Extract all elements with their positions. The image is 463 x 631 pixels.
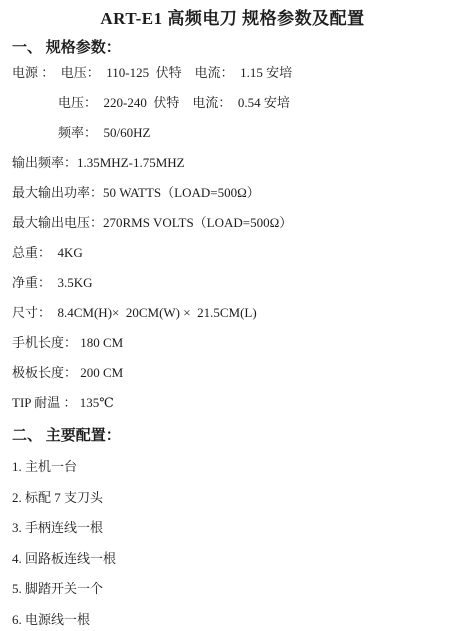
document-page: ART-E1 高频电刀 规格参数及配置 一、 规格参数： 电源 ： 电压： 11… xyxy=(0,0,463,631)
spec-line-power-voltage-110: 电源 ： 电压： 110-125 伏特 电流： 1.15 安培 xyxy=(12,58,453,88)
config-item-blade-tips: 2. 标配 7 支刀头 xyxy=(12,483,453,514)
config-item-return-plate-cable: 4. 回路板连线一根 xyxy=(12,544,453,575)
spec-line-tip-temperature: TIP 耐温 ： 135℃ xyxy=(12,388,453,418)
config-item-main-unit: 1. 主机一台 xyxy=(12,452,453,483)
spec-line-power-voltage-220: 电压： 220-240 伏特 电流： 0.54 安培 xyxy=(12,88,453,118)
spec-line-max-output-voltage: 最大输出电压：270RMS VOLTS（LOAD=500Ω） xyxy=(12,208,453,238)
config-item-foot-switch: 5. 脚踏开关一个 xyxy=(12,574,453,605)
specs-section: 电源 ： 电压： 110-125 伏特 电流： 1.15 安培 电压： 220-… xyxy=(12,58,453,418)
config-item-power-cord: 6. 电源线一根 xyxy=(12,605,453,631)
spec-line-output-frequency: 输出频率：1.35MHZ-1.75MHZ xyxy=(12,148,453,178)
config-item-handle-cable: 3. 手柄连线一根 xyxy=(12,513,453,544)
section-specs-heading: 一、 规格参数： xyxy=(12,38,453,58)
section-config-heading: 二、 主要配置： xyxy=(12,426,453,446)
spec-line-net-weight: 净重： 3.5KG xyxy=(12,268,453,298)
document-title: ART-E1 高频电刀 规格参数及配置 xyxy=(12,8,453,30)
spec-line-dimensions: 尺寸： 8.4CM(H)× 20CM(W) × 21.5CM(L) xyxy=(12,298,453,328)
spec-line-power-frequency: 频率： 50/60HZ xyxy=(12,118,453,148)
spec-line-gross-weight: 总重： 4KG xyxy=(12,238,453,268)
spec-line-handpiece-length: 手机长度： 180 CM xyxy=(12,328,453,358)
spec-line-max-output-power: 最大输出功率：50 WATTS（LOAD=500Ω） xyxy=(12,178,453,208)
config-section: 1. 主机一台 2. 标配 7 支刀头 3. 手柄连线一根 4. 回路板连线一根… xyxy=(12,452,453,631)
spec-line-plate-length: 极板长度： 200 CM xyxy=(12,358,453,388)
